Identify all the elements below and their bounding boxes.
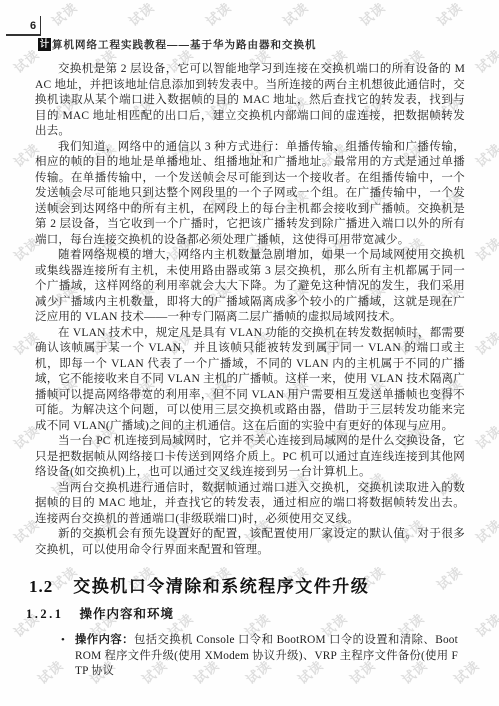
running-header: 计 算机网络工程实践教程——基于华为路由器和交换机 (38, 37, 317, 51)
bullet-item: •操作内容：包括交换机 Console 口令和 BootROM 口令的设置和清除… (35, 633, 458, 680)
page-content: 6 计 算机网络工程实践教程——基于华为路由器和交换机 交换机是第 2 层设备，… (0, 0, 499, 706)
body-paragraph: 在 VLAN 技术中，规定凡是具有 VLAN 功能的交换机在转发数据帧时，都需要… (35, 326, 465, 435)
body-paragraph: 当两台交换机进行通信时，数据帧通过端口进入交换机，交换机读取进入的数据帧的目的 … (35, 481, 465, 528)
subsection-title: 操作内容和环境 (80, 604, 175, 622)
body-paragraph: 新的交换机会有预先设置好的配置，该配置使用厂家设定的默认值。对于很多交换机，可以… (35, 527, 465, 558)
page-number-rule-horizontal (6, 34, 41, 36)
section-title: 交换机口令清除和系统程序文件升级 (73, 572, 369, 597)
subsection-heading: 1.2.1 操作内容和环境 (26, 604, 465, 622)
subsection-number: 1.2.1 (26, 607, 64, 622)
scanned-book-page: 试读试读试读试读试读试读试读试读试读试读试读试读试读试读试读试读试读试读试读试读… (0, 0, 499, 706)
page-number-rule-vertical (40, 16, 42, 36)
body-text: 交换机是第 2 层设备，它可以智能地学习到连接在交换机端口的所有设备的 MAC … (35, 62, 465, 680)
body-paragraph: 随着网络规模的增大，网络内主机数量急剧增加，如果一个局域网使用交换机或集线器连接… (35, 248, 465, 326)
bullet-label: 操作内容： (75, 634, 134, 646)
running-header-text: 算机网络工程实践教程——基于华为路由器和交换机 (52, 37, 317, 52)
section-heading: 1.2 交换机口令清除和系统程序文件升级 (29, 572, 465, 597)
section-number: 1.2 (29, 577, 53, 597)
body-paragraph: 我们知道，网络中的通信以 3 种方式进行：单播传输、组播传输和广播传输，相应的帧… (35, 140, 465, 249)
body-paragraph: 交换机是第 2 层设备，它可以智能地学习到连接在交换机端口的所有设备的 MAC … (35, 62, 465, 140)
running-header-chapter-badge: 计 (38, 38, 51, 51)
body-paragraph: 当一台 PC 机连接到局域网时，它并不关心连接到局域网的是什么交换设备，它只是把… (35, 434, 465, 481)
bullet-marker: • (61, 633, 65, 649)
